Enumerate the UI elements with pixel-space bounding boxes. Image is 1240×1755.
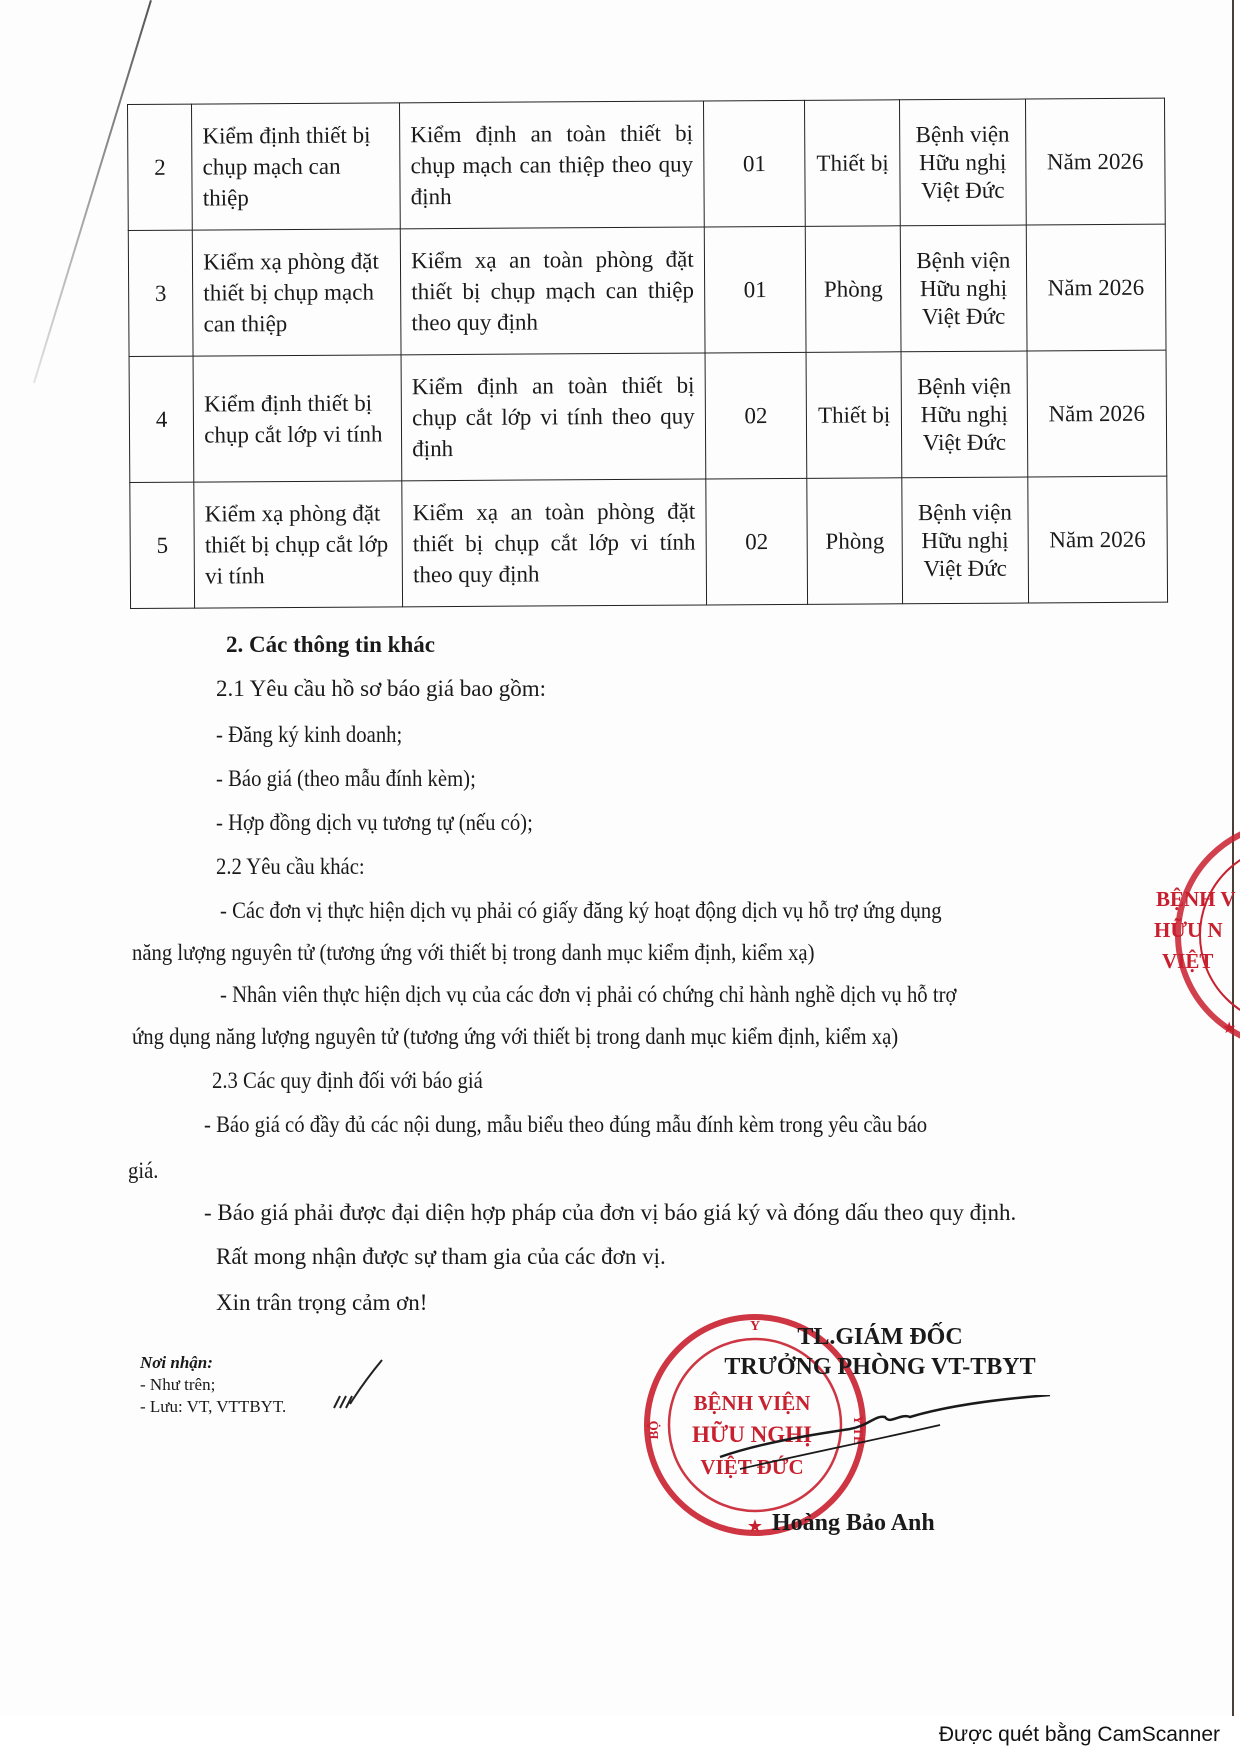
row-number-cell: 4	[129, 356, 194, 482]
table-row: 3Kiểm xạ phòng đặt thiết bị chụp mạch ca…	[128, 224, 1166, 356]
section-2-2-heading: 2.2 Yêu cầu khác:	[216, 854, 365, 880]
time-period-cell: Năm 2026	[1026, 224, 1166, 351]
unit-cell: Thiết bị	[805, 100, 900, 227]
section-2-1-heading: 2.1 Yêu cầu hồ sơ báo giá bao gồm:	[216, 676, 546, 702]
service-description-cell: Kiểm định an toàn thiết bị chụp mạch can…	[400, 101, 704, 229]
row-number-cell: 5	[130, 482, 195, 608]
table-row: 4Kiểm định thiết bị chụp cắt lớp vi tính…	[129, 350, 1167, 482]
requirement-paragraph-cont: năng lượng nguyên tử (tương ứng với thiế…	[132, 940, 815, 966]
location-cell: Bệnh viện Hữu nghị Việt Đức	[901, 351, 1027, 478]
recipients-block: Nơi nhận: - Như trên; - Lưu: VT, VTTBYT.	[140, 1352, 286, 1418]
requirement-paragraph-cont: ứng dụng năng lượng nguyên tử (tương ứng…	[132, 1024, 898, 1050]
service-name-cell: Kiểm định thiết bị chụp mạch can thiệp	[192, 103, 401, 230]
quote-rule-cont: giá.	[128, 1158, 158, 1184]
svg-text:BỆNH V: BỆNH V	[1156, 887, 1236, 911]
quote-rule: - Báo giá phải được đại diện hợp pháp củ…	[204, 1200, 1016, 1226]
requirement-item: - Báo giá (theo mẫu đính kèm);	[216, 766, 476, 792]
requirement-paragraph: - Các đơn vị thực hiện dịch vụ phải có g…	[220, 898, 942, 924]
table-row: 2Kiểm định thiết bị chụp mạch can thiệpK…	[128, 98, 1166, 230]
unit-cell: Phòng	[806, 226, 901, 353]
initials-mark-icon	[330, 1358, 386, 1414]
service-description-cell: Kiểm xạ an toàn phòng đặt thiết bị chụp …	[400, 227, 704, 355]
service-name-cell: Kiểm định thiết bị chụp cắt lớp vi tính	[193, 355, 402, 482]
section-2-title: 2. Các thông tin khác	[226, 632, 435, 658]
location-cell: Bệnh viện Hữu nghị Việt Đức	[900, 99, 1026, 226]
quantity-cell: 01	[704, 226, 806, 353]
requirement-item: - Đăng ký kinh doanh;	[216, 722, 402, 748]
svg-text:★: ★	[1222, 1018, 1236, 1037]
time-period-cell: Năm 2026	[1027, 476, 1167, 603]
handwritten-signature-icon	[700, 1395, 1060, 1475]
recipient-item: - Lưu: VT, VTTBYT.	[140, 1396, 286, 1418]
location-cell: Bệnh viện Hữu nghị Việt Đức	[902, 477, 1028, 604]
edge-stamp-icon: BỆNH V HỮU N VIỆT ★	[1150, 820, 1240, 1050]
quantity-cell: 02	[705, 352, 807, 479]
service-name-cell: Kiểm xạ phòng đặt thiết bị chụp cắt lớp …	[194, 481, 403, 608]
section-2-3-heading: 2.3 Các quy định đối với báo giá	[212, 1068, 483, 1094]
svg-text:VIỆT: VIỆT	[1162, 949, 1213, 973]
svg-text:★: ★	[747, 1516, 763, 1537]
quote-rule: - Báo giá có đầy đủ các nội dung, mẫu bi…	[204, 1112, 927, 1138]
row-number-cell: 3	[128, 230, 193, 356]
table-row: 5Kiểm xạ phòng đặt thiết bị chụp cắt lớp…	[130, 476, 1168, 608]
row-number-cell: 2	[128, 104, 193, 230]
service-description-cell: Kiểm xạ an toàn phòng đặt thiết bị chụp …	[402, 479, 706, 607]
svg-text:HỮU N: HỮU N	[1154, 918, 1223, 942]
recipients-title: Nơi nhận:	[140, 1352, 286, 1374]
recipient-item: - Như trên;	[140, 1374, 286, 1396]
service-description-cell: Kiểm định an toàn thiết bị chụp cắt lớp …	[401, 353, 705, 481]
requirement-paragraph: - Nhân viên thực hiện dịch vụ của các đơ…	[220, 982, 956, 1008]
unit-cell: Phòng	[807, 478, 902, 605]
closing-line: Rất mong nhận được sự tham gia của các đ…	[216, 1244, 666, 1270]
time-period-cell: Năm 2026	[1025, 98, 1165, 225]
camscanner-watermark: Được quét bằng CamScanner	[939, 1723, 1220, 1747]
signer-title: TRƯỞNG PHÒNG VT-TBYT	[690, 1352, 1070, 1382]
svg-text:BỘ: BỘ	[646, 1421, 661, 1440]
signature-block: TL.GIÁM ĐỐC TRƯỞNG PHÒNG VT-TBYT	[690, 1322, 1070, 1382]
quantity-cell: 01	[703, 100, 805, 227]
signer-name: Hoàng Bảo Anh	[772, 1510, 935, 1537]
requirement-item: - Hợp đồng dịch vụ tương tự (nếu có);	[216, 810, 533, 836]
signer-authority: TL.GIÁM ĐỐC	[690, 1322, 1070, 1352]
location-cell: Bệnh viện Hữu nghị Việt Đức	[900, 225, 1026, 352]
service-name-cell: Kiểm xạ phòng đặt thiết bị chụp mạch can…	[193, 229, 402, 356]
time-period-cell: Năm 2026	[1027, 350, 1167, 477]
services-table: 2Kiểm định thiết bị chụp mạch can thiệpK…	[127, 98, 1168, 609]
closing-thanks: Xin trân trọng cảm ơn!	[216, 1290, 427, 1316]
unit-cell: Thiết bị	[806, 352, 901, 479]
quantity-cell: 02	[706, 478, 808, 605]
